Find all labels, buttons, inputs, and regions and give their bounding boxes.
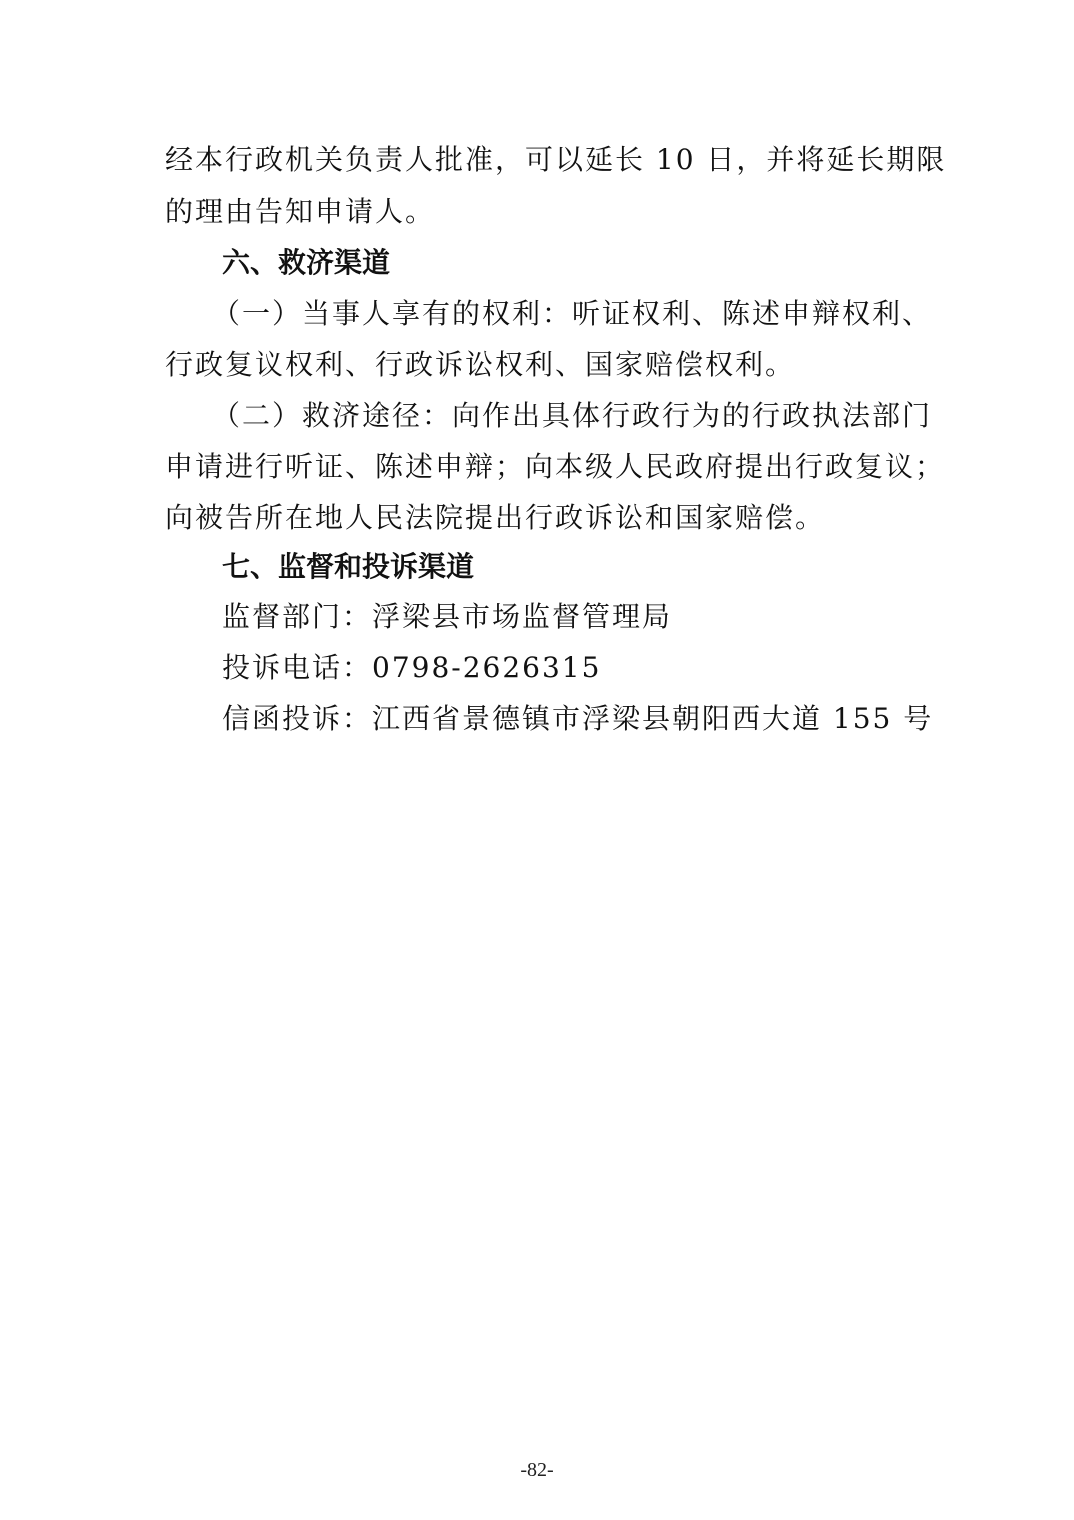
supervision-department: 监督部门：浮梁县市场监督管理局 bbox=[222, 591, 672, 643]
paragraph-line: 经本行政机关负责人批准，可以延长 10 日，并将延长期限 bbox=[165, 134, 946, 186]
remedy-path-line-2: 申请进行听证、陈述申辩；向本级人民政府提出行政复议； bbox=[165, 441, 945, 493]
section-heading-supervision: 七、监督和投诉渠道 bbox=[222, 541, 474, 593]
document-page: 经本行政机关负责人批准，可以延长 10 日，并将延长期限 的理由告知申请人。 六… bbox=[0, 0, 1074, 1520]
paragraph-line: 的理由告知申请人。 bbox=[165, 186, 435, 238]
section-heading-remedy: 六、救济渠道 bbox=[222, 237, 390, 289]
remedy-path-line-3: 向被告所在地人民法院提出行政诉讼和国家赔偿。 bbox=[165, 492, 825, 544]
remedy-path-line-1: （二）救济途径：向作出具体行政行为的行政执法部门 bbox=[212, 390, 932, 442]
rights-line-1: （一）当事人享有的权利：听证权利、陈述申辩权利、 bbox=[212, 288, 932, 340]
complaint-mail-address: 信函投诉：江西省景德镇市浮梁县朝阳西大道 155 号 bbox=[222, 693, 933, 745]
page-number: -82- bbox=[0, 1455, 1074, 1485]
rights-line-2: 行政复议权利、行政诉讼权利、国家赔偿权利。 bbox=[165, 339, 795, 391]
complaint-phone: 投诉电话：0798-2626315 bbox=[222, 642, 601, 694]
